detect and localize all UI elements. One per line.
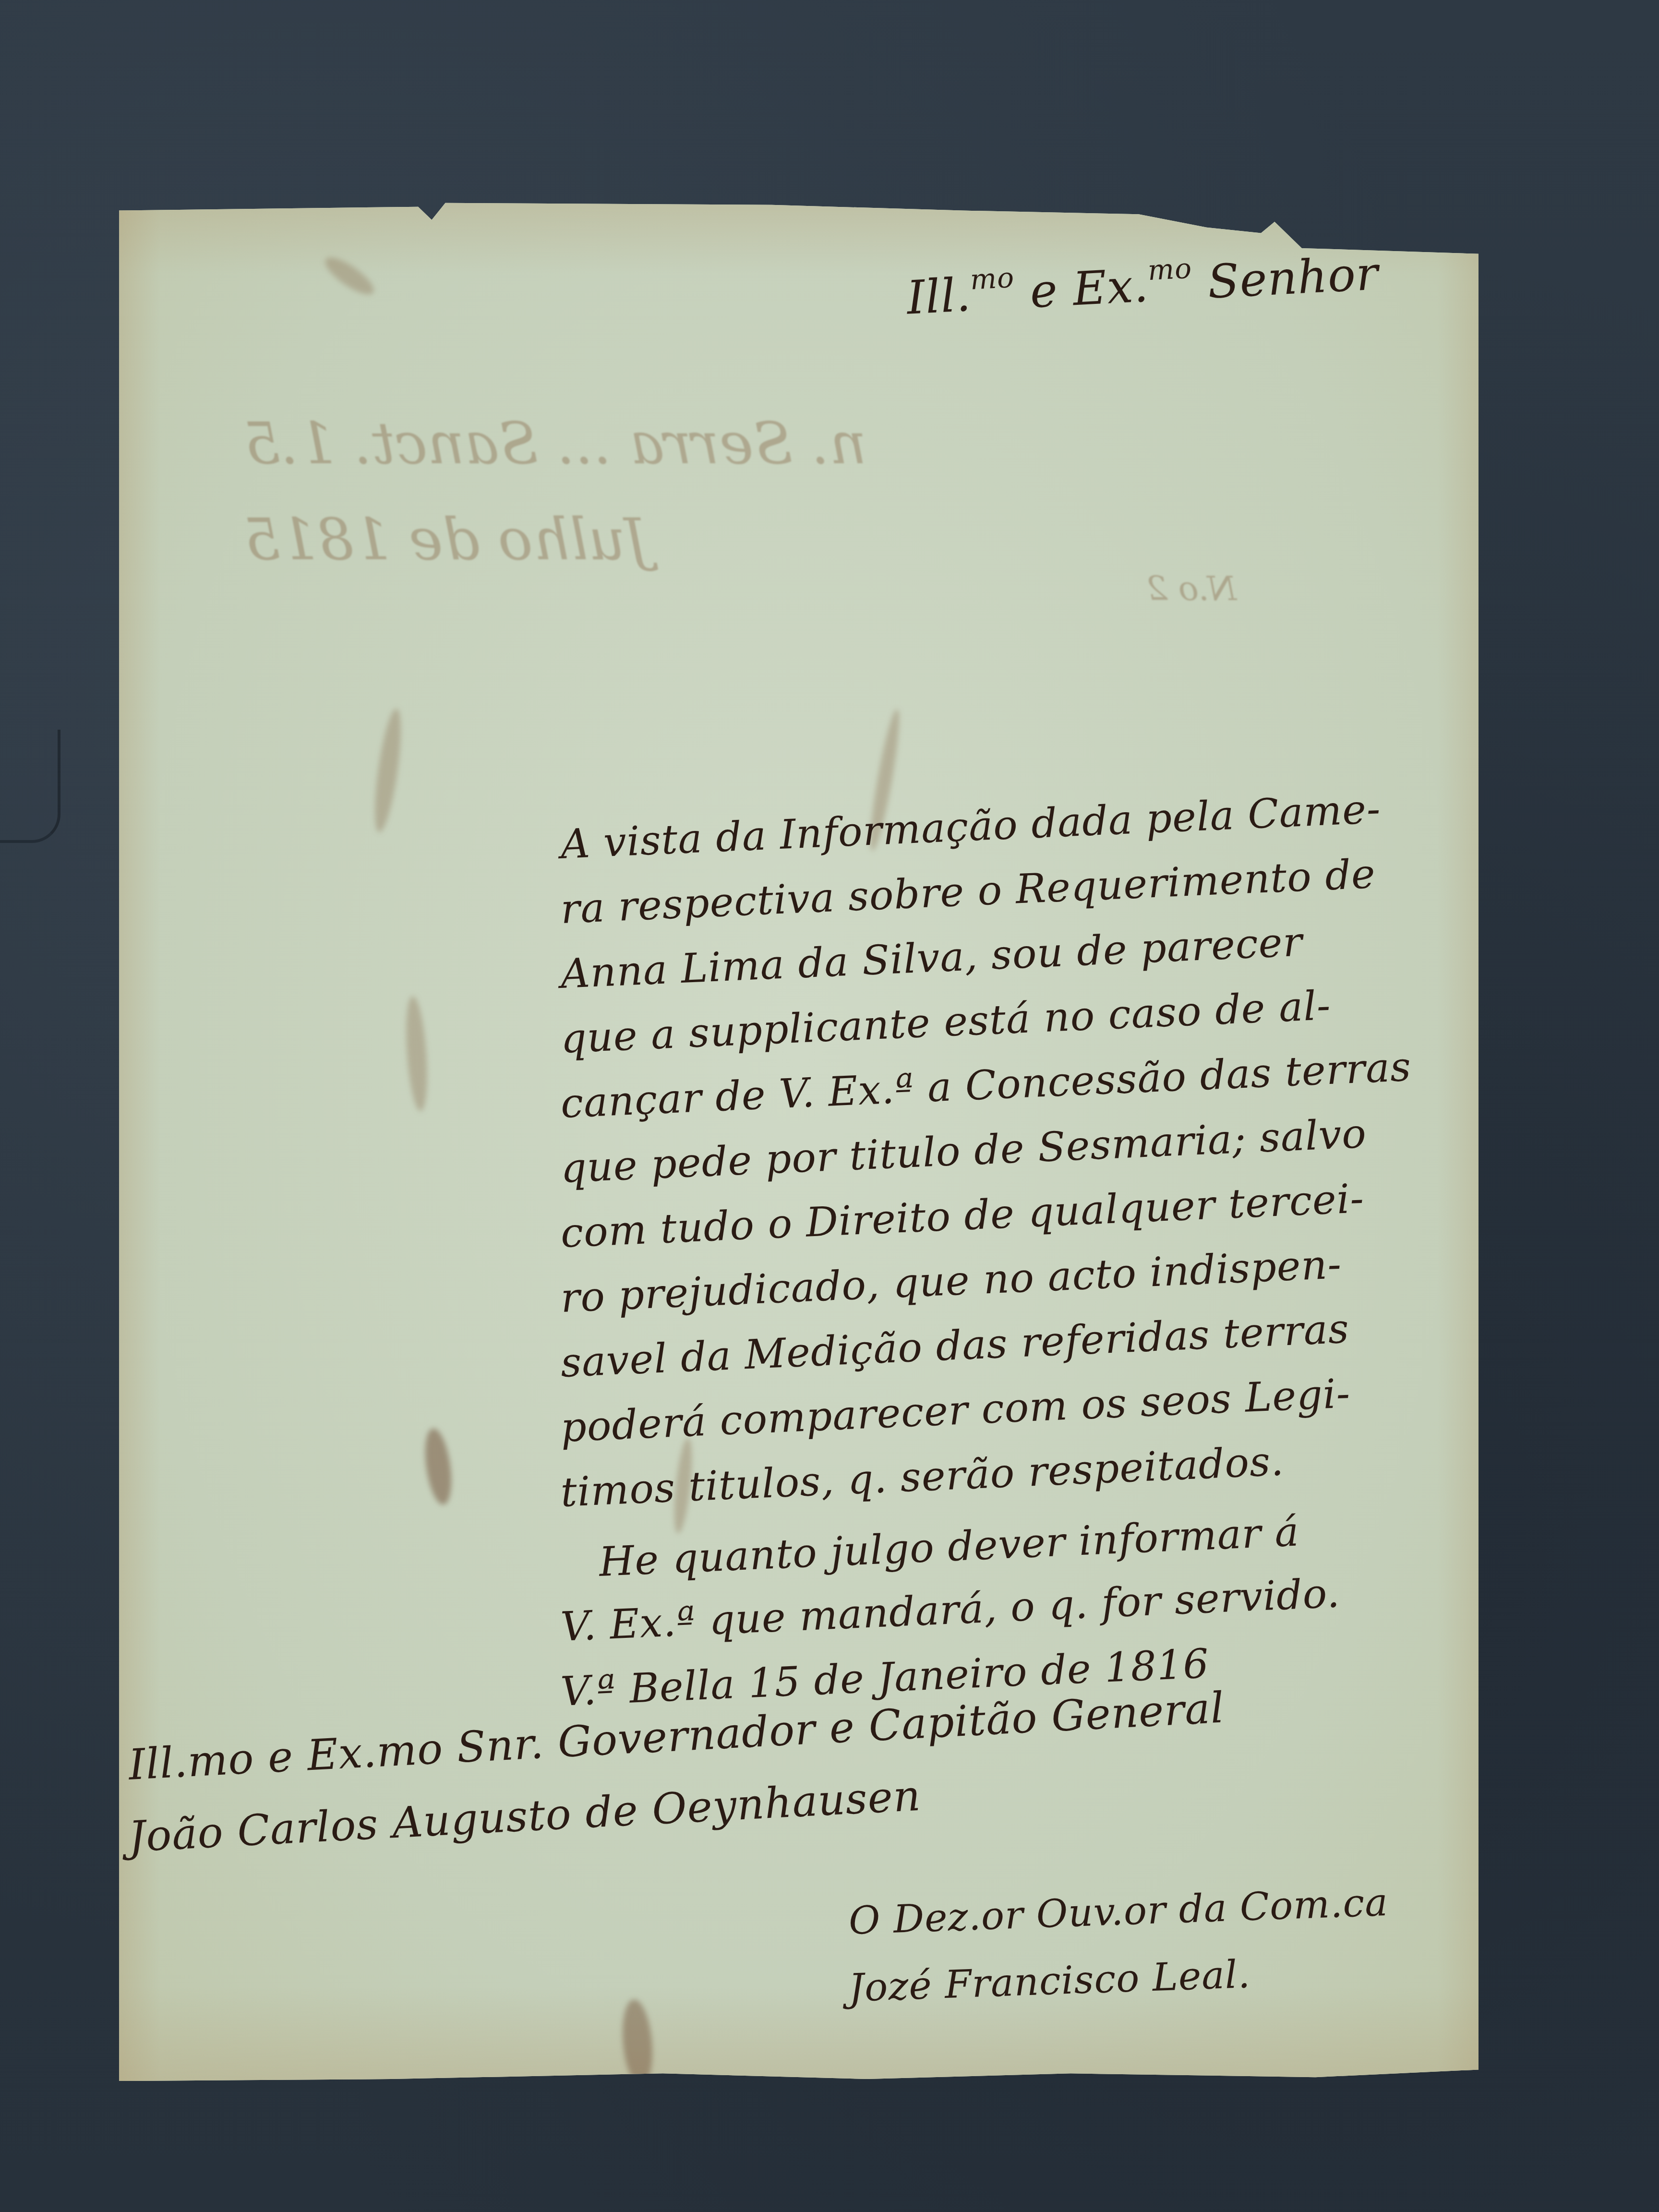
- salutation-prefix: Ill.: [905, 268, 973, 325]
- body-line: savel da Medição das referidas terras: [560, 1305, 1350, 1386]
- ink-stain: [403, 996, 431, 1112]
- salutation-prefix-sup: mo: [969, 261, 1015, 296]
- salutation-conj-sup: mo: [1147, 252, 1192, 287]
- ink-stain: [370, 707, 406, 833]
- mount-crease: [0, 730, 60, 843]
- body-line: poderá comparecer com os seos Legi-: [560, 1370, 1351, 1451]
- body-line: Anna Lima da Silva, sou de parecer: [560, 918, 1304, 998]
- body-line: timos titulos, q. serão respeitados.: [560, 1437, 1285, 1516]
- bleed-through-line-1: n. Serra ... Sanct. 1.5: [244, 410, 866, 477]
- ink-stain: [619, 1998, 655, 2081]
- bleed-through-line-2: Julho de 1815: [244, 506, 649, 573]
- body-line: ro prejudicado, que no acto indispen-: [560, 1240, 1343, 1322]
- ink-stain: [320, 252, 378, 301]
- manuscript-page: n. Serra ... Sanct. 1.5 Julho de 1815 N.…: [119, 199, 1479, 2081]
- ink-stain: [421, 1427, 456, 1506]
- salutation-conj: e Ex.: [1029, 258, 1150, 318]
- bleed-through-line-3: N.o 2: [1146, 569, 1237, 608]
- salutation: Ill.mo e Ex.mo Senhor: [905, 242, 1380, 325]
- body-line: que a supplicante está no caso de al-: [560, 982, 1332, 1062]
- addressee-line-2: João Carlos Augusto de Oeynhausen: [127, 1771, 922, 1862]
- signature-title: O Dez.or Ouv.or da Com.ca: [848, 1880, 1389, 1943]
- signature-name: Jozé Francisco Leal.: [848, 1952, 1251, 2010]
- body-line: He quanto julgo dever informar á: [598, 1508, 1300, 1586]
- salutation-title: Senhor: [1206, 246, 1380, 309]
